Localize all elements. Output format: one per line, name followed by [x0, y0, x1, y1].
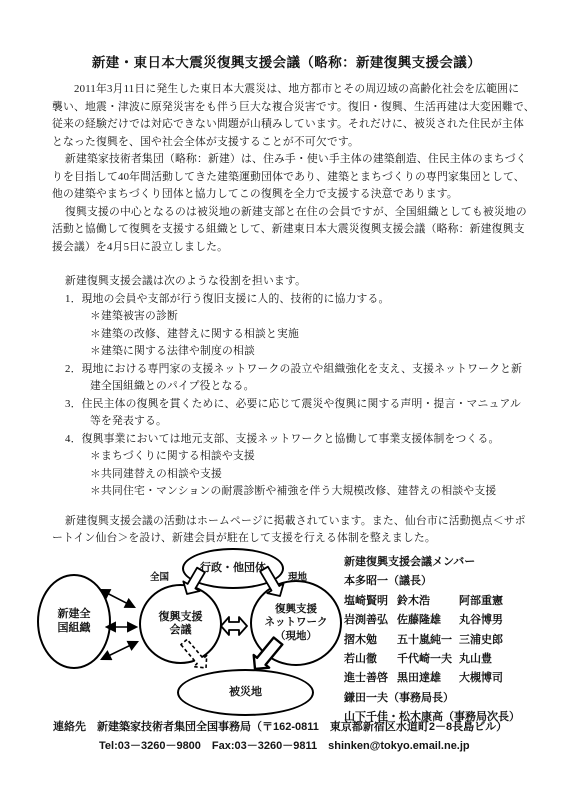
- role-item-continuation: 建全国組織とのパイプ役となる。: [52, 378, 536, 396]
- member-name: 三浦史郎: [459, 631, 503, 650]
- role-item: 3．住民主体の復興を貫くために、必要に応じて震災や復興に関する声明・提言・マニュ…: [52, 396, 536, 414]
- member-row: 塩崎賢明 鈴木浩 阿部重憲: [344, 592, 520, 611]
- paragraph-line: 活動と協働して復興を支援する組織として、新建東日本大震災復興支援会議（略称：新建…: [52, 221, 536, 239]
- member-row: 進士善啓 黒田達雄 大槻博司: [344, 669, 520, 688]
- diagram-network-ellipse: 復興支援 ネットワーク （現地）: [250, 580, 342, 666]
- member-name: 摺木勉: [344, 631, 397, 650]
- role-item: 1．現地の会員や支部が行う復旧支援に人的、技術的に協力する。: [52, 291, 536, 309]
- diagram-council-label: 会議: [170, 624, 192, 638]
- member-name: 岩渕善弘: [344, 611, 397, 630]
- diagram-council-ellipse: 復興支援 会議: [139, 584, 222, 664]
- members-heading: 新建復興支援会議メンバー: [344, 553, 520, 572]
- diagram-local-side-label: 現地: [288, 569, 307, 583]
- paragraph-line: 新建復興支援会議の活動はホームページに掲載されています。また、仙台市に活動拠点＜…: [52, 513, 536, 531]
- paragraph-line: 他の建築やまちづくり団体と協力してこの復興を全力で支援する決意であります。: [52, 186, 536, 204]
- member-name: 千代崎一夫: [397, 650, 459, 669]
- diagram-national-org-label: 国組織: [58, 622, 91, 636]
- paragraph-line: 従来の経験だけでは対応できない問題が山積みしています。それだけに、被災された住民…: [52, 116, 536, 134]
- diagram-network-label: （現地）: [275, 630, 317, 644]
- diagram-council-label: 復興支援: [159, 611, 203, 625]
- role-subitem: ＊共同建替えの相談や支援: [52, 466, 536, 484]
- paragraph-line: となった復興を、国や社会全体が支援することが不可欠です。: [52, 134, 536, 152]
- paragraph-line: 襲い、地震・津波に原発災害をも伴う巨大な複合災害です。復旧・復興、生活再建は大変…: [52, 99, 536, 117]
- spacer: [52, 501, 536, 513]
- spacer: [52, 256, 536, 273]
- member-name: 丸谷博男: [459, 611, 503, 630]
- role-item: 4．復興事業においては地元支部、支援ネットワークと協働して事業支援体制をつくる。: [52, 431, 536, 449]
- diagram-government-label: 行政・他団体: [200, 562, 266, 576]
- role-subitem: ＊建築の改修、建替えに関する相談と実施: [52, 326, 536, 344]
- role-item: 2．現地における専門家の支援ネットワークの設立や組織強化を支え、支援ネットワーク…: [52, 361, 536, 379]
- member-name: 塩崎賢明: [344, 592, 397, 611]
- member-name: 大槻博司: [459, 669, 503, 688]
- member-name: 進士善啓: [344, 669, 397, 688]
- member-deputy: 山下千佳・松木康高（事務局次長）: [344, 708, 520, 727]
- diagram-national-side-label: 全国: [150, 569, 169, 583]
- diagram-network-label: 復興支援: [275, 603, 317, 617]
- roles-intro: 新建復興支援会議は次のような役割を担います。: [52, 273, 536, 291]
- role-item-continuation: 等を発表する。: [52, 413, 536, 431]
- member-secretary: 鎌田一夫（事務局長）: [344, 689, 520, 708]
- paragraph-line: 復興支援の中心となるのは被災地の新建支部と在住の会員ですが、全国組織としても被災…: [52, 204, 536, 222]
- member-name: 阿部重憲: [459, 592, 503, 611]
- member-chair: 本多昭一（議長）: [344, 572, 520, 591]
- diagram-government-ellipse: 行政・他団体: [182, 548, 284, 589]
- diagram-disaster-area-ellipse: 被災地: [177, 669, 314, 716]
- diagram-national-org-label: 新建全: [58, 608, 91, 622]
- diagram-network-label: ネットワーク: [265, 616, 328, 630]
- role-subitem: ＊まちづくりに関する相談や支援: [52, 448, 536, 466]
- double-arrow-icon: [102, 642, 137, 659]
- paragraph-line: 2011年3月11日に発生した東日本大震災は、地方都市とその周辺域の高齢化社会を…: [52, 81, 536, 99]
- member-row: 摺木勉 五十嵐純一 三浦史郎: [344, 631, 520, 650]
- member-name: 佐藤隆雄: [397, 611, 459, 630]
- member-name: 若山徹: [344, 650, 397, 669]
- contact-phone-fax-email: Tel:03－3260－9800 Fax:03－3260－9811 shinke…: [99, 737, 470, 753]
- member-name: 黒田達雄: [397, 669, 459, 688]
- document-page: 新建・東日本大震災復興支援会議（略称：新建復興支援会議） 2011年3月11日に…: [0, 0, 573, 811]
- member-row: 若山徹 千代崎一夫 丸山豊: [344, 650, 520, 669]
- page-title: 新建・東日本大震災復興支援会議（略称：新建復興支援会議）: [0, 51, 573, 71]
- paragraph-line: 新建築家技術者集団（略称：新建）は、住み手・使い手主体の建築創造、住民主体のまち…: [52, 151, 536, 169]
- role-subitem: ＊建築に関する法律や制度の相談: [52, 343, 536, 361]
- member-row: 岩渕善弘 佐藤隆雄 丸谷博男: [344, 611, 520, 630]
- diagram-national-org-ellipse: 新建全 国組織: [37, 574, 111, 669]
- paragraph-line: りを目指して40年間活動してきた建築運動団体であり、建築とまちづくりの専門家集団…: [52, 169, 536, 187]
- paragraph-line: 援会議）を4月5日に設立しました。: [52, 239, 536, 257]
- members-list: 新建復興支援会議メンバー 本多昭一（議長） 塩崎賢明 鈴木浩 阿部重憲 岩渕善弘…: [344, 553, 520, 728]
- member-name: 鈴木浩: [397, 592, 459, 611]
- role-subitem: ＊建築被害の診断: [52, 308, 536, 326]
- double-block-arrow-icon: [221, 617, 247, 635]
- paragraph-line: ートイン仙台＞を設け、新建会員が駐在して支援を行える体制を整えました。: [52, 530, 536, 548]
- body-text: 2011年3月11日に発生した東日本大震災は、地方都市とその周辺域の高齢化社会を…: [52, 81, 536, 548]
- member-name: 丸山豊: [459, 650, 492, 669]
- member-name: 五十嵐純一: [397, 631, 459, 650]
- role-subitem: ＊共同住宅・マンションの耐震診断や補強を伴う大規模改修、建替えの相談や支援: [52, 483, 536, 501]
- diagram-disaster-area-label: 被災地: [229, 686, 262, 700]
